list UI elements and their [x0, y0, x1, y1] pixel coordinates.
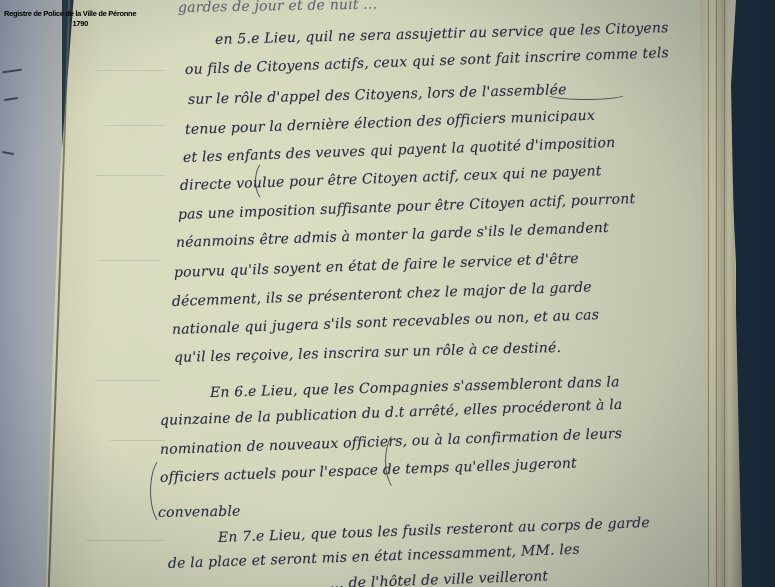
bleed-through	[95, 175, 165, 176]
page-edge	[724, 0, 725, 587]
bleed-through	[95, 380, 160, 381]
page-edge	[708, 0, 709, 587]
bleed-through	[100, 260, 160, 261]
caption-overlay: Registre de Police de la Ville de Péronn…	[4, 9, 90, 29]
flourish-ornament	[545, 88, 627, 100]
page-edge	[716, 0, 717, 587]
bleed-through	[95, 70, 165, 71]
ink-fragment	[4, 97, 18, 101]
bleed-through	[110, 440, 165, 441]
caption-year: 1790	[4, 19, 90, 29]
caption-title: Registre de Police de la Ville de Péronn…	[4, 9, 90, 19]
flourish-ornament	[150, 455, 182, 527]
manuscript-photo: Registre de Police de la Ville de Péronn…	[0, 0, 775, 587]
bleed-through	[85, 540, 165, 541]
ink-fragment	[2, 69, 22, 74]
bleed-through	[105, 125, 165, 126]
flourish-ornament	[255, 160, 279, 202]
ink-fragment	[2, 151, 14, 155]
flourish-ornament	[385, 430, 415, 492]
